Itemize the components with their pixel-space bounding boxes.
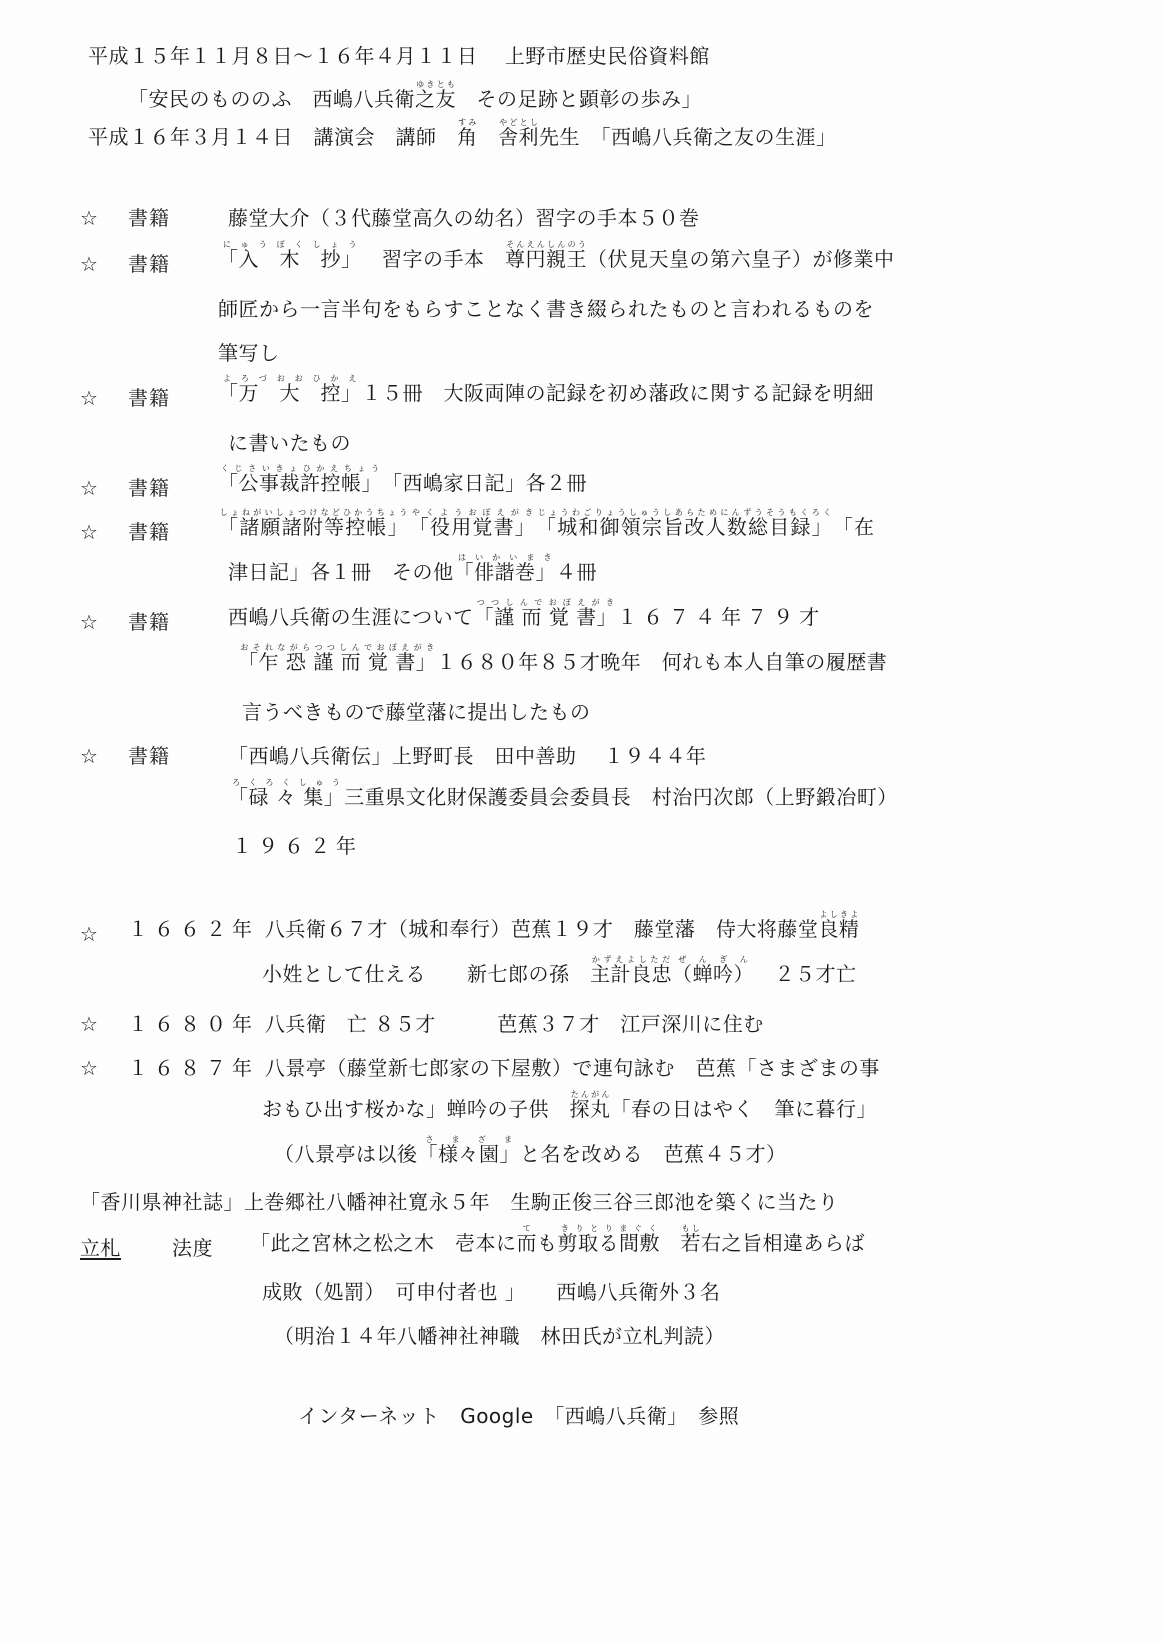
timeline-entry-1662: １６６２年 八兵衛６７才（城和奉行）芭蕉１９才 藤堂藩 侍大将藤堂良精よしきよ [128,910,859,947]
book-entry-7-cont: 「碌 々 集」ろくろくしゅう三重県文化財保護委員会委員長 村治円次郎（上野鍛冶町… [228,778,898,815]
category-label: 書籍 [128,386,170,410]
star-icon: ☆ [80,1012,98,1036]
book-entry-2: 「入 木 抄」にゅうぼくしょう 習字の手本 尊円親王そんえんしんのう（伏見天皇の… [218,240,895,277]
lecture-line: 平成１６年３月１４日 講演会 講師 角すみ 舎利やどとし先生 「西嶋八兵衛之友の… [88,118,837,154]
category-label: 書籍 [128,252,170,276]
timeline-entry-1687-cont: おもひ出す桜かな」蝉吟の子供 探丸たんがん「春の日はやく 筆に暮行」 [262,1090,877,1127]
exhibition-dates-line: 平成１５年１１月８日～１６年４月１１日 上野市歴史民俗資料館 [88,44,710,68]
ruby-yukitomo: 之友ゆきとも [415,87,456,111]
star-icon: ☆ [80,520,98,544]
book-entry-2-cont: 筆写し [218,341,280,365]
book-entry-3-cont: に書いたもの [228,431,351,455]
category-label: 書籍 [128,744,170,768]
document-page: 平成１５年１１月８日～１６年４月１１日 上野市歴史民俗資料館 「安民のもののふ … [0,0,1162,1642]
shrine-record-line: 「香川県神社誌」上巻郷社八幡神社寛永５年 生駒正俊三谷三郎池を築くに当たり [80,1190,839,1214]
book-entry-1: 藤堂大介（３代藤堂高久の幼名）習字の手本５０巻 [228,206,700,230]
star-icon: ☆ [80,252,98,276]
category-label: 書籍 [128,476,170,500]
book-entry-4: 「公事裁許控帳」くじさいきょひかえちょう「西嶋家日記」各２冊 [218,464,587,501]
category-label: 書籍 [128,610,170,634]
star-icon: ☆ [80,1056,98,1080]
book-entry-5-cont: 津日記」各１冊 その他「俳諧巻」はいかいまき４冊 [228,553,597,590]
book-entry-3: 「万 大 控」よろづおおひかえ１５冊 大阪両陣の記録を初め藩政に関する記録を明細 [218,374,874,411]
star-icon: ☆ [80,744,98,768]
exhibition-title-line: 「安民のもののふ 西嶋八兵衛之友ゆきとも その足跡と顕彰の歩み」 [128,80,702,116]
book-entry-6: 西嶋八兵衛の生涯について「謹 而 覚 書」つつしんでおぼえがき１６７４年７９才 [228,598,825,635]
law-label: 法度 [172,1236,213,1260]
book-entry-2-cont: 師匠から一言半句をもらすことなく書き綴られたものと言われるものを [218,297,874,321]
timeline-entry-1687: １６８７年 八景亭（藤堂新七郎家の下屋敷）で連句詠む 芭蕉「さまざまの事 [128,1056,880,1080]
notice-board-label: 立札 [80,1236,121,1260]
reference-footer: インターネット Google 「西嶋八兵衛」 参照 [298,1404,739,1428]
star-icon: ☆ [80,922,98,946]
star-icon: ☆ [80,206,98,230]
book-entry-7: 「西嶋八兵衛伝」上野町長 田中善助 １９４４年 [228,744,706,768]
notice-deciphered-note: （明治１４年八幡神社神職 林田氏が立札判読） [274,1324,725,1348]
notice-text-line: 「此之宮林之松之木 壱本に而ても剪取る間敷きりとりまぐく 若もし右之旨相違あらば [250,1224,865,1261]
ruby-yadotoshi: 舎利やどとし [498,125,539,149]
star-icon: ☆ [80,476,98,500]
book-entry-6-cont: 言うべきもので藤堂藩に提出したもの [242,700,591,724]
book-entry-6-cont: 「乍 恐 謹 而 覚 書」おそれながらつつしんでおぼえがき１６８０年８５才晩年 … [238,643,887,680]
category-label: 書籍 [128,206,170,230]
notice-text-cont: 成敗（処罰） 可申付者也 」 西嶋八兵衛外３名 [262,1280,720,1304]
timeline-entry-1687-cont: （八景亭は以後「様々園」さまざまと名を改める 芭蕉４５才） [274,1135,787,1172]
book-entry-7-cont: １９６２年 [232,834,362,858]
book-entry-5: 「諸願諸附等控帳」しょねがいしょつけなどひかうちょう「役用覚書」やくようおぼえが… [218,508,875,545]
timeline-entry-1680: １６８０年 八兵衛 亡 ８５才 芭蕉３７才 江戸深川に住む [128,1012,764,1036]
ruby-sumi: 角すみ [457,125,478,149]
category-label: 書籍 [128,520,170,544]
star-icon: ☆ [80,610,98,634]
star-icon: ☆ [80,386,98,410]
timeline-entry-1662-cont: 小姓として仕える 新七郎の孫 主計良忠かずえよしただ（蝉吟）ぜんぎん ２５才亡 [262,955,857,992]
